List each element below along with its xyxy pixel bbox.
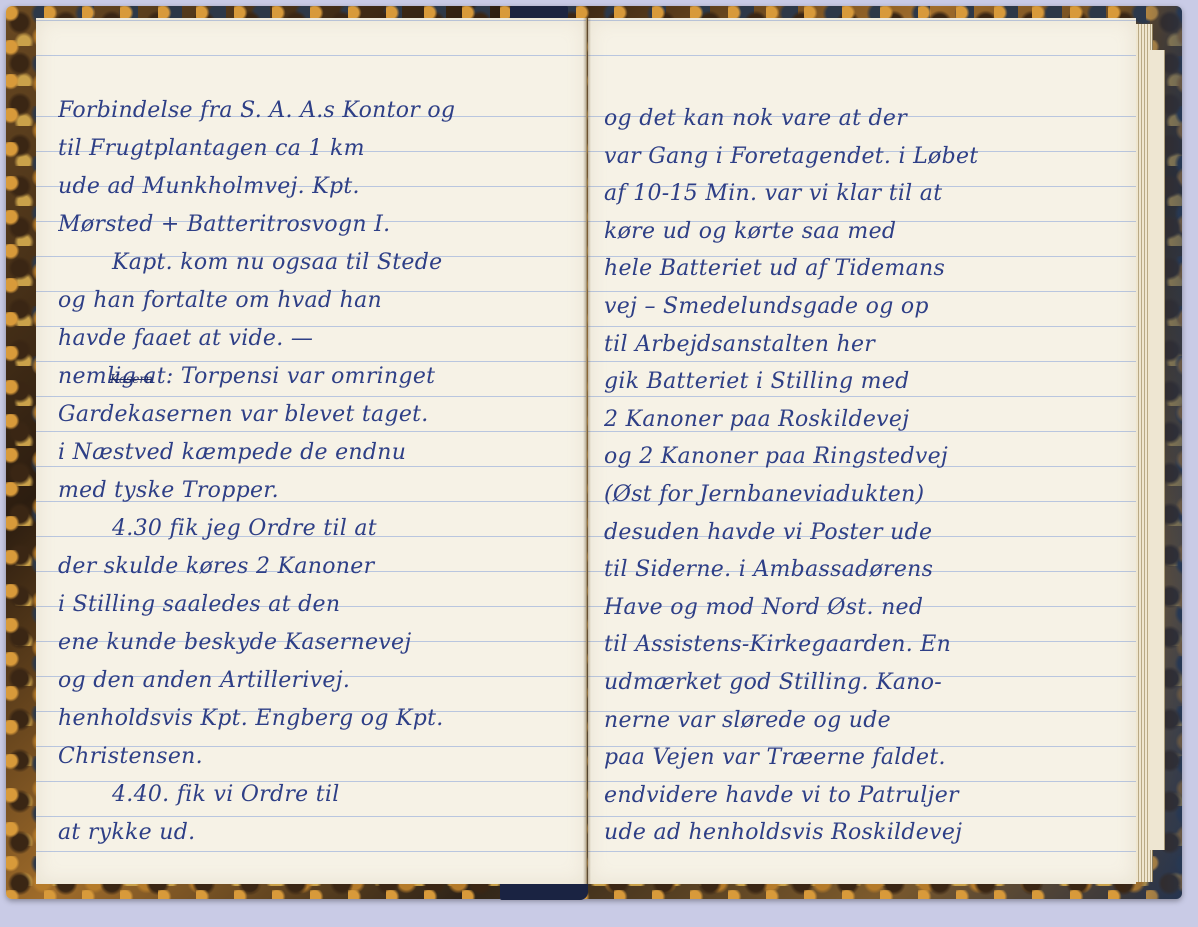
handwritten-line: paa Vejen var Træerne faldet. — [604, 739, 1122, 777]
handwritten-line: Mørsted + Batteritrosvogn I. — [58, 206, 572, 244]
handwritten-line: af 10-15 Min. var vi klar til at — [604, 175, 1122, 213]
crossed-out-correction: Kasern — [110, 372, 153, 386]
handwritten-line: desuden havde vi Poster ude — [604, 514, 1122, 552]
handwritten-line: ene kunde beskyde Kasernevej — [58, 624, 572, 662]
handwritten-line: i Næstved kæmpede de endnu — [58, 434, 572, 472]
handwritten-line: vej – Smedelundsgade og op — [604, 288, 1122, 326]
handwritten-line: Kapt. kom nu ogsaa til Stede — [58, 244, 572, 282]
handwritten-line: med tyske Tropper. — [58, 472, 572, 510]
handwritten-line: Christensen. — [58, 738, 572, 776]
handwritten-line: havde faaet at vide. — — [58, 320, 572, 358]
handwritten-line: ude ad Munkholmvej. Kpt. — [58, 168, 572, 206]
handwritten-line: 4.30 fik jeg Ordre til at — [58, 510, 572, 548]
handwritten-line: Gardekasernen var blevet taget. — [58, 396, 572, 434]
handwritten-line: og den anden Artillerivej. — [58, 662, 572, 700]
handwritten-line: og det kan nok vare at der — [604, 100, 1122, 138]
handwritten-line: Have og mod Nord Øst. ned — [604, 589, 1122, 627]
handwritten-line: (Øst for Jernbaneviadukten) — [604, 476, 1122, 514]
handwritten-line: gik Batteriet i Stilling med — [604, 363, 1122, 401]
loose-page-edge — [1150, 50, 1165, 850]
handwritten-line: var Gang i Foretagendet. i Løbet — [604, 138, 1122, 176]
handwritten-line: og han fortalte om hvad han — [58, 282, 572, 320]
handwritten-line: henholdsvis Kpt. Engberg og Kpt. — [58, 700, 572, 738]
handwritten-line: hele Batteriet ud af Tidemans — [604, 250, 1122, 288]
handwritten-line: ude ad henholdsvis Roskildevej — [604, 814, 1122, 852]
handwritten-line: til Assistens-Kirkegaarden. En — [604, 626, 1122, 664]
handwritten-line: til Arbejdsanstalten her — [604, 326, 1122, 364]
handwritten-line: udmærket god Stilling. Kano- — [604, 664, 1122, 702]
handwritten-line: til Siderne. i Ambassadørens — [604, 551, 1122, 589]
handwritten-line: at rykke ud. — [58, 814, 572, 852]
handwritten-line: Forbindelse fra S. A. A.s Kontor og — [58, 92, 572, 130]
handwritten-line: der skulde køres 2 Kanoner — [58, 548, 572, 586]
spine-bottom — [500, 884, 588, 900]
handwritten-line: 4.40. fik vi Ordre til — [58, 776, 572, 814]
handwritten-line: til Frugtplantagen ca 1 km — [58, 130, 572, 168]
right-page: og det kan nok vare at der var Gang i Fo… — [588, 18, 1136, 884]
handwritten-line: endvidere havde vi to Patruljer — [604, 777, 1122, 815]
handwritten-line: 2 Kanoner paa Roskildevej — [604, 401, 1122, 439]
handwritten-line: nerne var slørede og ude — [604, 702, 1122, 740]
left-page-lines: Forbindelse fra S. A. A.s Kontor og til … — [58, 92, 572, 852]
handwritten-line: i Stilling saaledes at den — [58, 586, 572, 624]
handwritten-line: og 2 Kanoner paa Ringstedvej — [604, 438, 1122, 476]
right-page-lines: og det kan nok vare at der var Gang i Fo… — [604, 100, 1122, 852]
left-page: Forbindelse fra S. A. A.s Kontor og til … — [36, 18, 587, 884]
book-gutter — [583, 18, 591, 884]
handwritten-line: køre ud og kørte saa med — [604, 213, 1122, 251]
